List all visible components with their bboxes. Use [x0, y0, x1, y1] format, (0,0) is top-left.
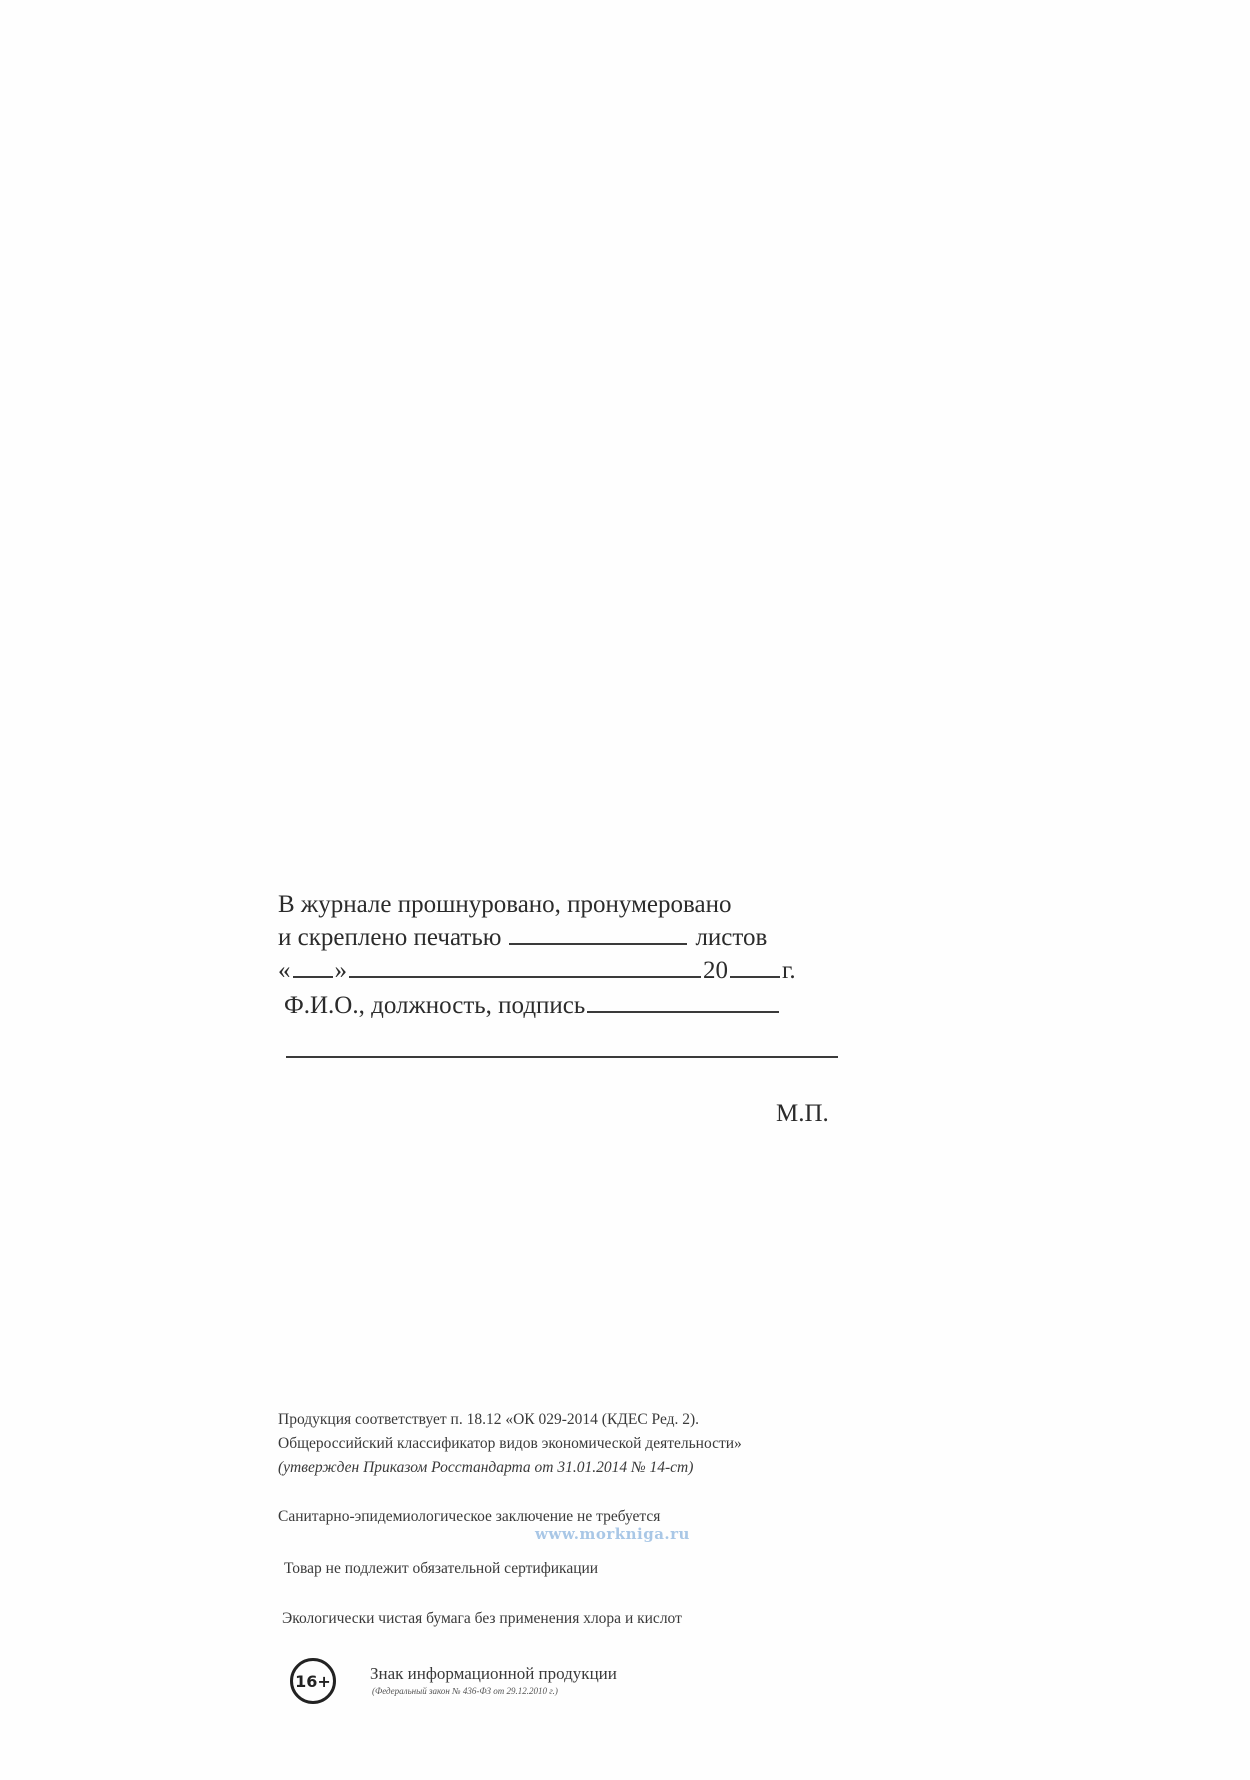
info-product-law: (Федеральный закон № 436-ФЗ от 29.12.201… [372, 1686, 558, 1696]
legal-compliance-block: Продукция соответствует п. 18.12 «ОК 029… [278, 1408, 742, 1480]
sheet-count-field[interactable] [509, 921, 687, 945]
sanitary-note: Санитарно-эпидемиологическое заключение … [278, 1508, 660, 1526]
cert-line-2: и скреплено печатьюлистов [278, 921, 838, 954]
month-field[interactable] [349, 954, 701, 978]
watermark: www.morkniga.ru [535, 1525, 690, 1543]
age-rating-16-icon: 16+ [290, 1658, 336, 1704]
legal-line-3: (утвержден Приказом Росстандарта от 31.0… [278, 1456, 742, 1480]
certification-note: Товар не подлежит обязательной сертифика… [284, 1560, 598, 1578]
cert-sealed-text: и скреплено печатью [278, 924, 501, 951]
legal-line-1: Продукция соответствует п. 18.12 «ОК 029… [278, 1408, 742, 1432]
cert-line-1-text: В журнале прошнуровано, пронумеровано [278, 891, 731, 918]
info-product-title: Знак информационной продукции [370, 1664, 617, 1684]
eco-paper-note: Экологически чистая бумага без применени… [282, 1610, 682, 1628]
date-line: «»20г. [278, 954, 838, 987]
document-page: В журнале прошнуровано, пронумеровано и … [0, 0, 1250, 1780]
stamp-place-label: М.П. [776, 1100, 829, 1128]
close-quote: » [335, 957, 348, 984]
signature-field[interactable] [587, 989, 779, 1013]
day-field[interactable] [293, 954, 333, 978]
certification-block: В журнале прошнуровано, пронумеровано и … [278, 888, 838, 1022]
year-suffix: г. [782, 957, 796, 984]
signature-line: Ф.И.О., должность, подпись [278, 989, 838, 1022]
signature-label: Ф.И.О., должность, подпись [284, 992, 585, 1019]
year-field[interactable] [730, 954, 780, 978]
legal-line-2: Общероссийский классификатор видов эконо… [278, 1432, 742, 1456]
sheets-label: листов [695, 924, 767, 951]
year-prefix: 20 [703, 957, 728, 984]
cert-line-1: В журнале прошнуровано, пронумеровано [278, 888, 838, 921]
signature-continuation-field[interactable] [286, 1056, 838, 1058]
open-quote: « [278, 957, 291, 984]
